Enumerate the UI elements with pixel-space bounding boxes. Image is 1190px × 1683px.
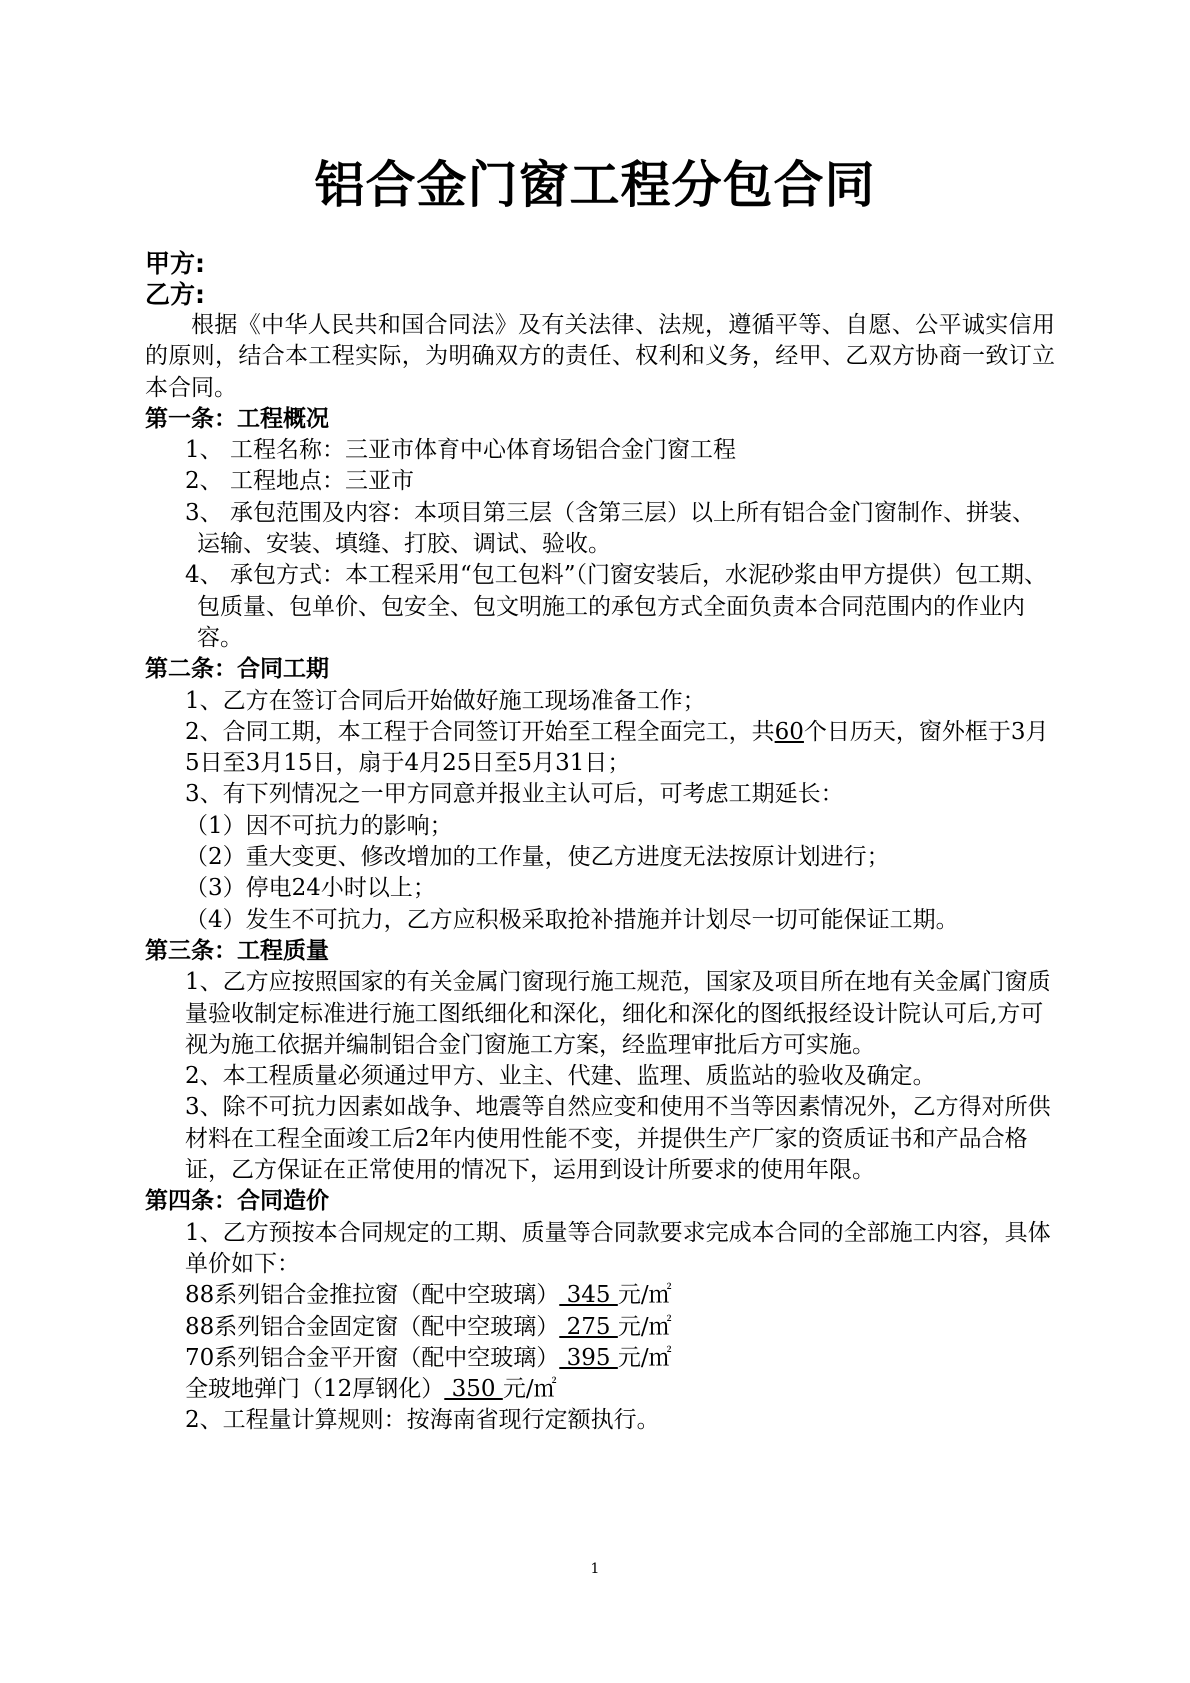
price-unit: 元/㎡	[618, 1345, 672, 1371]
price-row: 88系列铝合金推拉窗（配中空玻璃） 345 元/㎡	[145, 1280, 1055, 1311]
section-2-subitem-3: （3）停电24小时以上；	[145, 873, 1055, 904]
section-heading-2: 第二条：合同工期	[145, 654, 1055, 685]
section-heading-3: 第三条：工程质量	[145, 936, 1055, 967]
section-2-item-1: 1、乙方在签订合同后开始做好施工现场准备工作；	[145, 686, 1055, 717]
section-2-item-3: 3、有下列情况之一甲方同意并报业主认可后，可考虑工期延长：	[145, 779, 1055, 810]
price-value: 395	[559, 1345, 618, 1371]
section-2-subitem-1: （1）因不可抗力的影响；	[145, 811, 1055, 842]
section-2-item-2: 2、合同工期，本工程于合同签订开始至工程全面完工，共60个日历天，窗外框于3月5…	[145, 717, 1055, 780]
party-a-label: 甲方:	[145, 248, 1055, 279]
price-value: 345	[559, 1282, 618, 1308]
section-heading-4: 第四条：合同造价	[145, 1186, 1055, 1217]
document-title: 铝合金门窗工程分包合同	[0, 152, 1190, 218]
price-item-name: 88系列铝合金推拉窗（配中空玻璃）	[185, 1282, 559, 1308]
section-4-item-1: 1、乙方预按本合同规定的工期、质量等合同款要求完成本合同的全部施工内容，具体单价…	[145, 1218, 1055, 1281]
price-item-name: 70系列铝合金平开窗（配中空玻璃）	[185, 1345, 559, 1371]
section-3-item-1: 1、乙方应按照国家的有关金属门窗现行施工规范，国家及项目所在地有关金属门窗质量验…	[145, 967, 1055, 1061]
section-1-item-1: 1、 工程名称：三亚市体育中心体育场铝合金门窗工程	[145, 435, 1055, 466]
price-unit: 元/㎡	[618, 1282, 672, 1308]
price-value: 350	[444, 1376, 503, 1402]
price-unit: 元/㎡	[503, 1376, 557, 1402]
price-item-name: 88系列铝合金固定窗（配中空玻璃）	[185, 1314, 559, 1340]
price-row: 全玻地弹门（12厚钢化） 350 元/㎡	[145, 1374, 1055, 1405]
party-b-label: 乙方:	[145, 279, 1055, 310]
section-2-subitem-2: （2）重大变更、修改增加的工作量，使乙方进度无法按原计划进行；	[145, 842, 1055, 873]
section-2-item-2-before: 2、合同工期，本工程于合同签订开始至工程全面完工，共	[185, 719, 775, 745]
document-body: 甲方: 乙方: 根据《中华人民共和国合同法》及有关法律、法规，遵循平等、自愿、公…	[145, 248, 1055, 1437]
page-number: 1	[0, 1560, 1190, 1578]
section-4-item-2: 2、工程量计算规则：按海南省现行定额执行。	[145, 1405, 1055, 1436]
section-1-item-4: 4、 承包方式：本工程采用“包工包料”（门窗安装后，水泥砂浆由甲方提供）包工期、…	[145, 560, 1055, 654]
section-1-item-3: 3、 承包范围及内容：本项目第三层（含第三层）以上所有铝合金门窗制作、拼装、运输…	[145, 498, 1055, 561]
document-page: 铝合金门窗工程分包合同 甲方: 乙方: 根据《中华人民共和国合同法》及有关法律、…	[0, 0, 1190, 1683]
price-row: 70系列铝合金平开窗（配中空玻璃） 395 元/㎡	[145, 1343, 1055, 1374]
price-unit: 元/㎡	[618, 1314, 672, 1340]
preamble-paragraph: 根据《中华人民共和国合同法》及有关法律、法规，遵循平等、自愿、公平诚实信用的原则…	[145, 310, 1055, 404]
section-3-item-2: 2、本工程质量必须通过甲方、业主、代建、监理、质监站的验收及确定。	[145, 1061, 1055, 1092]
section-3-item-3: 3、除不可抗力因素如战争、地震等自然应变和使用不当等因素情况外，乙方得对所供材料…	[145, 1092, 1055, 1186]
section-1-item-2: 2、 工程地点：三亚市	[145, 466, 1055, 497]
price-item-name: 全玻地弹门（12厚钢化）	[185, 1376, 444, 1402]
section-heading-1: 第一条：工程概况	[145, 404, 1055, 435]
contract-days-value: 60	[775, 719, 804, 745]
price-value: 275	[559, 1314, 618, 1340]
section-2-subitem-4: （4）发生不可抗力，乙方应积极采取抢补措施并计划尽一切可能保证工期。	[145, 905, 1055, 936]
price-row: 88系列铝合金固定窗（配中空玻璃） 275 元/㎡	[145, 1312, 1055, 1343]
